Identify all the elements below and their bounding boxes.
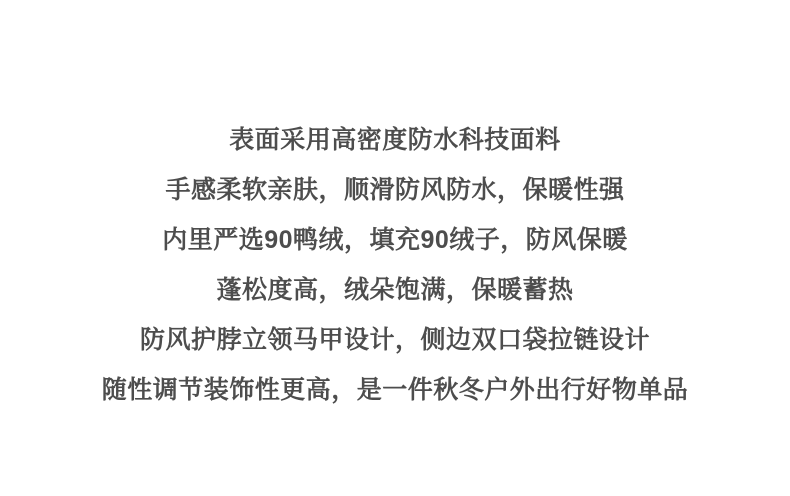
description-line-usage: 随性调节装饰性更高，是一件秋冬户外出行好物单品 xyxy=(0,365,790,415)
description-line-filling: 内里严选90鸭绒，填充90绒子，防风保暖 xyxy=(0,215,790,265)
description-line-feel: 手感柔软亲肤，顺滑防风防水，保暖性强 xyxy=(0,165,790,215)
description-line-design: 防风护脖立领马甲设计，侧边双口袋拉链设计 xyxy=(0,315,790,365)
product-description-block: 表面采用高密度防水科技面料 手感柔软亲肤，顺滑防风防水，保暖性强 内里严选90鸭… xyxy=(0,115,790,415)
description-line-fabric: 表面采用高密度防水科技面料 xyxy=(0,115,790,165)
description-line-loft: 蓬松度高，绒朵饱满，保暖蓄热 xyxy=(0,265,790,315)
product-description-page: 表面采用高密度防水科技面料 手感柔软亲肤，顺滑防风防水，保暖性强 内里严选90鸭… xyxy=(0,0,790,496)
